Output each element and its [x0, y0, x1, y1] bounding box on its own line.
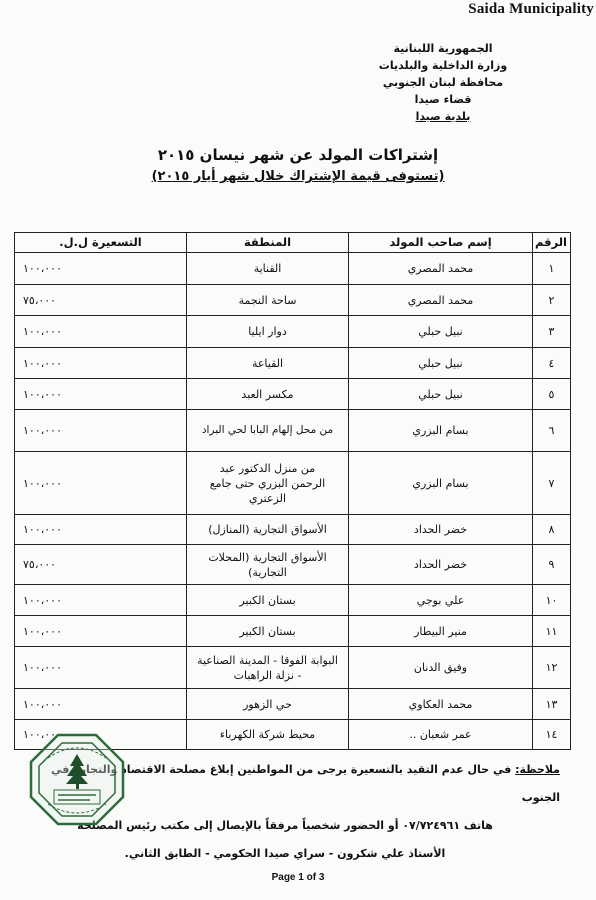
cell-owner: بسام البزري [349, 410, 533, 452]
table-row: ٢ محمد المصري ساحة النجمة ٧٥،٠٠٠ [15, 285, 571, 316]
letterhead-line: الجمهورية اللبنانية [360, 40, 526, 57]
cell-owner: خضر الحداد [349, 545, 533, 585]
table-row: ١٠ علي بوجي بستان الكبير ١٠٠،٠٠٠ [15, 585, 571, 616]
cell-area: محيط شركة الكهرباء [187, 720, 349, 750]
cell-area: ساحة النجمة [187, 285, 349, 316]
cell-owner: عمر شعبان .. [349, 720, 533, 750]
cell-fee: ١٠٠،٠٠٠ [15, 689, 187, 720]
title-sub: (تستوفى قيمة الإشتراك خلال شهر أيار ٢٠١٥… [150, 166, 446, 187]
cell-area: من محل إلهام البابا لحي البراد [187, 410, 349, 452]
letterhead-line: قضاء صيدا [360, 91, 526, 108]
brand-header: Saida Municipality [468, 1, 594, 18]
letterhead: الجمهورية اللبنانية وزارة الداخلية والبل… [360, 40, 526, 125]
cell-fee: ٧٥،٠٠٠ [15, 545, 187, 585]
cell-fee: ١٠٠،٠٠٠ [15, 616, 187, 647]
cell-number: ١٢ [533, 647, 571, 689]
cell-number: ٢ [533, 285, 571, 316]
municipal-stamp-icon [28, 732, 126, 827]
cell-number: ١ [533, 253, 571, 285]
cell-owner: محمد العكاوي [349, 689, 533, 720]
cell-area: البوابة الفوقا - المدينة الصناعية - نزلة… [187, 647, 349, 689]
header-owner: إسم صاحب المولد [349, 233, 533, 253]
cell-number: ٩ [533, 545, 571, 585]
cell-fee: ١٠٠،٠٠٠ [15, 647, 187, 689]
table-row: ٧ بسام البزري من منزل الدكتور عبد الرحمن… [15, 452, 571, 515]
cell-number: ٤ [533, 348, 571, 379]
cell-owner: علي بوجي [349, 585, 533, 616]
cell-owner: نبيل حبلي [349, 379, 533, 410]
letterhead-line: محافظة لبنان الجنوبي [360, 74, 526, 91]
cell-fee: ١٠٠،٠٠٠ [15, 348, 187, 379]
generator-table: الرقم إسم صاحب المولد المنطقة التسعيرة ل… [14, 232, 571, 750]
cell-number: ٦ [533, 410, 571, 452]
table-header-row: الرقم إسم صاحب المولد المنطقة التسعيرة ل… [15, 233, 571, 253]
cell-area: بستان الكبير [187, 585, 349, 616]
cell-number: ١٣ [533, 689, 571, 720]
note-text-1: في حال عدم التقيد بالتسعيرة يرجى من المو… [51, 763, 560, 804]
cell-owner: منير البيطار [349, 616, 533, 647]
cell-area: بستان الكبير [187, 616, 349, 647]
cell-owner: وفيق الدنان [349, 647, 533, 689]
table-row: ١٢ وفيق الدنان البوابة الفوقا - المدينة … [15, 647, 571, 689]
cell-fee: ٧٥،٠٠٠ [15, 285, 187, 316]
cell-fee: ١٠٠،٠٠٠ [15, 515, 187, 545]
table-row: ٣ نبيل حبلي دوار ايليا ١٠٠،٠٠٠ [15, 316, 571, 348]
cell-area: الأسواق التجارية (المنازل) [187, 515, 349, 545]
cell-number: ١١ [533, 616, 571, 647]
table-row: ٩ خضر الحداد الأسواق التجارية (المحلات ا… [15, 545, 571, 585]
cell-fee: ١٠٠،٠٠٠ [15, 379, 187, 410]
cell-number: ٥ [533, 379, 571, 410]
page-number: Page 1 of 3 [0, 872, 596, 883]
cell-number: ٧ [533, 452, 571, 515]
cell-fee: ١٠٠،٠٠٠ [15, 452, 187, 515]
title-main: إشتراكات المولد عن شهر نيسان ٢٠١٥ [150, 145, 446, 166]
cell-area: دوار ايليا [187, 316, 349, 348]
cell-number: ١٤ [533, 720, 571, 750]
table-row: ٨ خضر الحداد الأسواق التجارية (المنازل) … [15, 515, 571, 545]
cell-area: القناية [187, 253, 349, 285]
table-row: ١١ منير البيطار بستان الكبير ١٠٠،٠٠٠ [15, 616, 571, 647]
cell-fee: ١٠٠،٠٠٠ [15, 410, 187, 452]
cell-owner: نبيل حبلي [349, 348, 533, 379]
cell-area: مكسر العبد [187, 379, 349, 410]
cell-owner: محمد المصري [349, 253, 533, 285]
header-area: المنطقة [187, 233, 349, 253]
table-row: ١ محمد المصري القناية ١٠٠،٠٠٠ [15, 253, 571, 285]
cell-number: ١٠ [533, 585, 571, 616]
cell-fee: ١٠٠،٠٠٠ [15, 585, 187, 616]
cell-fee: ١٠٠،٠٠٠ [15, 316, 187, 348]
document-title: إشتراكات المولد عن شهر نيسان ٢٠١٥ (تستوف… [150, 145, 446, 187]
cell-owner: بسام البزري [349, 452, 533, 515]
table-row: ٥ نبيل حبلي مكسر العبد ١٠٠،٠٠٠ [15, 379, 571, 410]
header-number: الرقم [533, 233, 571, 253]
note-label: ملاحظة: [515, 763, 560, 776]
header-fee: التسعيرة ل.ل. [15, 233, 187, 253]
cell-owner: خضر الحداد [349, 515, 533, 545]
letterhead-line: وزارة الداخلية والبلديات [360, 57, 526, 74]
cell-owner: نبيل حبلي [349, 316, 533, 348]
table-row: ١٣ محمد العكاوي حي الزهور ١٠٠،٠٠٠ [15, 689, 571, 720]
cell-fee: ١٠٠،٠٠٠ [15, 253, 187, 285]
cell-owner: محمد المصري [349, 285, 533, 316]
table-row: ٦ بسام البزري من محل إلهام البابا لحي ال… [15, 410, 571, 452]
note-line-3: الأستاذ علي شكرون - سراي صيدا الحكومي - … [40, 840, 560, 868]
table-row: ٤ نبيل حبلي القياعة ١٠٠،٠٠٠ [15, 348, 571, 379]
cell-number: ٣ [533, 316, 571, 348]
cell-area: القياعة [187, 348, 349, 379]
cell-area: الأسواق التجارية (المحلات التجارية) [187, 545, 349, 585]
cell-number: ٨ [533, 515, 571, 545]
cell-area: من منزل الدكتور عبد الرحمن البزري حتى جا… [187, 452, 349, 515]
letterhead-line: بلدية صيدا [360, 108, 526, 125]
cell-area: حي الزهور [187, 689, 349, 720]
